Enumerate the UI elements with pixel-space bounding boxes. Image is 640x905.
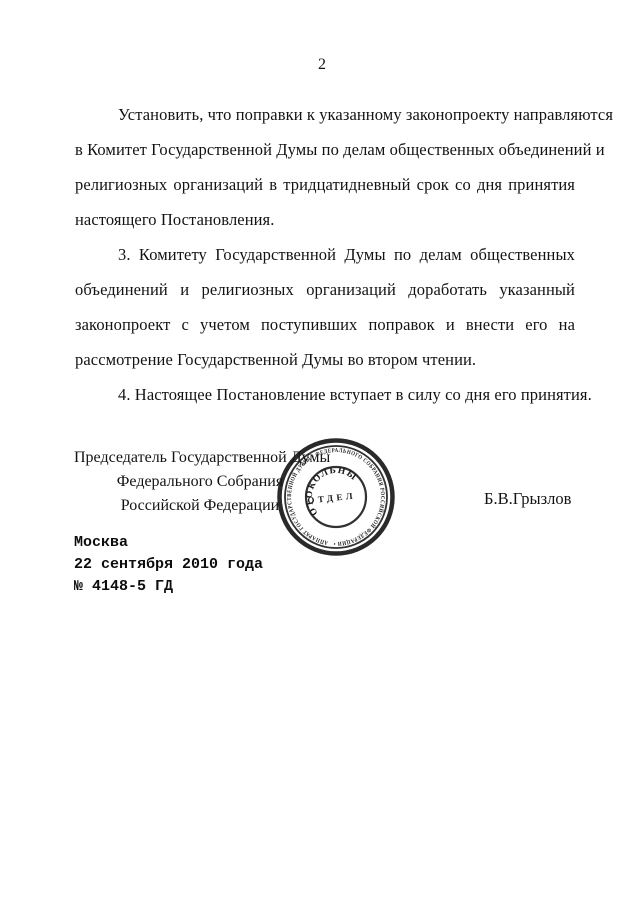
document-body: Установить, что поправки к указанному за…: [75, 97, 575, 412]
document-page: 2 Установить, что поправки к указанному …: [0, 0, 640, 905]
paragraph-line: 3. Комитету Государственной Думы по дела…: [75, 237, 575, 272]
signature-title-line: Председатель Государственной Думы: [74, 446, 326, 470]
paragraph-line: настоящего Постановления.: [75, 202, 575, 237]
page-number: 2: [0, 56, 640, 74]
signature-title-line: Федерального Собрания: [74, 470, 326, 494]
paragraph-line: в Комитет Государственной Думы по делам …: [75, 132, 575, 167]
paragraph-line: объединений и религиозных организаций до…: [75, 272, 575, 307]
signature-title-line: Российской Федерации: [74, 494, 326, 518]
paragraph-line: законопроект с учетом поступивших поправ…: [75, 307, 575, 342]
footer-document-number: № 4148-5 ГД: [74, 576, 263, 598]
paragraph-line: 4. Настоящее Постановление вступает в си…: [75, 377, 575, 412]
footer-city: Москва: [74, 532, 263, 554]
footer-block: Москва 22 сентября 2010 года № 4148-5 ГД: [74, 532, 263, 598]
paragraph-line: Установить, что поправки к указанному за…: [75, 97, 575, 132]
paragraph-line: рассмотрение Государственной Думы во вто…: [75, 342, 575, 377]
footer-date: 22 сентября 2010 года: [74, 554, 263, 576]
paragraph-line: религиозных организаций в тридцатидневны…: [75, 167, 575, 202]
signature-block: Председатель Государственной Думы Федера…: [74, 446, 326, 518]
signee-name: Б.В.Грызлов: [484, 489, 571, 509]
